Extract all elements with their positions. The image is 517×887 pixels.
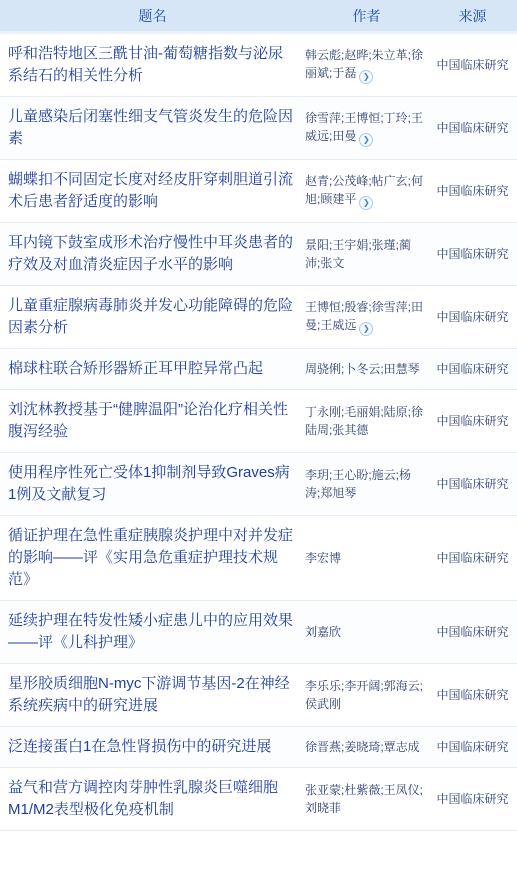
title-cell: 刘沈林教授基于“健脾温阳”论治化疗相关性腹泻经验 bbox=[0, 399, 305, 443]
chevron-right-icon[interactable]: ❯ bbox=[359, 322, 373, 336]
table-row: 蝴蝶扣不同固定长度对经皮肝穿刺胆道引流术后患者舒适度的影响 赵青;公茂峰;帖广玄… bbox=[0, 160, 517, 223]
table-row: 益气和营方调控肉芽肿性乳腺炎巨噬细胞M1/M2表型极化免疫机制 张亚蒙;杜紫薇;… bbox=[0, 768, 517, 831]
article-source-link[interactable]: 中国临床研究 bbox=[428, 412, 517, 430]
authors-cell: 景阳;王宇娟;张瑾;蔺沛;张文❯ bbox=[305, 236, 428, 272]
article-title-link[interactable]: 泛连接蛋白1在急性肾损伤中的研究进展 bbox=[8, 736, 295, 758]
article-source-link[interactable]: 中国临床研究 bbox=[428, 360, 517, 378]
article-title-link[interactable]: 星形胶质细胞N-myc下游调节基因-2在神经系统疾病中的研究进展 bbox=[8, 673, 295, 717]
table-row: 棉球柱联合矫形器矫正耳甲腔异常凸起 周骁俐;卜冬云;田慧琴❯ 中国临床研究 bbox=[0, 349, 517, 390]
authors-cell: 王博恒;殷睿;徐雪萍;田曼;王威远❯ bbox=[305, 298, 428, 336]
authors-cell: 韩云彪;赵晔;朱立革;徐丽斌;于磊❯ bbox=[305, 46, 428, 84]
article-source-link[interactable]: 中国临床研究 bbox=[428, 308, 517, 326]
article-source-link[interactable]: 中国临床研究 bbox=[428, 119, 517, 137]
article-table: 题名 作者 来源 呼和浩特地区三酰甘油-葡萄糖指数与泌尿系结石的相关性分析 韩云… bbox=[0, 0, 517, 831]
column-header-source[interactable]: 来源 bbox=[428, 6, 517, 26]
table-row: 延续护理在特发性矮小症患儿中的应用效果——评《儿科护理》 刘嘉欣❯ 中国临床研究 bbox=[0, 601, 517, 664]
title-cell: 循证护理在急性重症胰腺炎护理中对并发症的影响——评《实用急危重症护理技术规范》 bbox=[0, 525, 305, 591]
title-cell: 儿童感染后闭塞性细支气管炎发生的危险因素 bbox=[0, 106, 305, 150]
author-links[interactable]: 张亚蒙;杜紫薇;王凤仪;刘晓菲 bbox=[305, 783, 423, 815]
article-title-link[interactable]: 儿童感染后闭塞性细支气管炎发生的危险因素 bbox=[8, 106, 295, 150]
title-cell: 呼和浩特地区三酰甘油-葡萄糖指数与泌尿系结石的相关性分析 bbox=[0, 43, 305, 87]
authors-cell: 丁永刚;毛丽娟;陆原;徐陆周;张其德❯ bbox=[305, 403, 428, 439]
title-cell: 泛连接蛋白1在急性肾损伤中的研究进展 bbox=[0, 736, 305, 758]
title-cell: 使用程序性死亡受体1抑制剂导致Graves病1例及文献复习 bbox=[0, 462, 305, 506]
author-links[interactable]: 刘嘉欣 bbox=[305, 625, 341, 639]
authors-cell: 赵青;公茂峰;帖广玄;何旭;顾建平❯ bbox=[305, 172, 428, 210]
title-cell: 儿童重症腺病毒肺炎并发心功能障碍的危险因素分析 bbox=[0, 295, 305, 339]
authors-cell: 李宏博❯ bbox=[305, 549, 428, 567]
title-cell: 耳内镜下鼓室成形术治疗慢性中耳炎患者的疗效及对血清炎症因子水平的影响 bbox=[0, 232, 305, 276]
table-row: 循证护理在急性重症胰腺炎护理中对并发症的影响——评《实用急危重症护理技术规范》 … bbox=[0, 516, 517, 601]
author-links[interactable]: 丁永刚;毛丽娟;陆原;徐陆周;张其德 bbox=[305, 405, 423, 437]
title-cell: 星形胶质细胞N-myc下游调节基因-2在神经系统疾病中的研究进展 bbox=[0, 673, 305, 717]
table-row: 儿童感染后闭塞性细支气管炎发生的危险因素 徐雪萍;王博恒;丁玲;王威远;田曼❯ … bbox=[0, 97, 517, 160]
title-cell: 蝴蝶扣不同固定长度对经皮肝穿刺胆道引流术后患者舒适度的影响 bbox=[0, 169, 305, 213]
table-row: 使用程序性死亡受体1抑制剂导致Graves病1例及文献复习 李玥;王心盼;施云;… bbox=[0, 453, 517, 516]
title-cell: 棉球柱联合矫形器矫正耳甲腔异常凸起 bbox=[0, 358, 305, 380]
article-source-link[interactable]: 中国临床研究 bbox=[428, 245, 517, 263]
article-source-link[interactable]: 中国临床研究 bbox=[428, 686, 517, 704]
title-cell: 益气和营方调控肉芽肿性乳腺炎巨噬细胞M1/M2表型极化免疫机制 bbox=[0, 777, 305, 821]
author-links[interactable]: 徐晋燕;姜晓琦;覃志成 bbox=[305, 740, 420, 754]
table-row: 刘沈林教授基于“健脾温阳”论治化疗相关性腹泻经验 丁永刚;毛丽娟;陆原;徐陆周;… bbox=[0, 390, 517, 453]
article-source-link[interactable]: 中国临床研究 bbox=[428, 182, 517, 200]
article-title-link[interactable]: 刘沈林教授基于“健脾温阳”论治化疗相关性腹泻经验 bbox=[8, 399, 295, 443]
article-list-page: 题名 作者 来源 呼和浩特地区三酰甘油-葡萄糖指数与泌尿系结石的相关性分析 韩云… bbox=[0, 0, 517, 887]
column-header-authors[interactable]: 作者 bbox=[305, 6, 428, 26]
authors-cell: 徐雪萍;王博恒;丁玲;王威远;田曼❯ bbox=[305, 109, 428, 147]
chevron-right-icon[interactable]: ❯ bbox=[359, 133, 373, 147]
author-links[interactable]: 景阳;王宇娟;张瑾;蔺沛;张文 bbox=[305, 238, 411, 270]
article-title-link[interactable]: 棉球柱联合矫形器矫正耳甲腔异常凸起 bbox=[8, 358, 295, 380]
article-source-link[interactable]: 中国临床研究 bbox=[428, 790, 517, 808]
table-row: 耳内镜下鼓室成形术治疗慢性中耳炎患者的疗效及对血清炎症因子水平的影响 景阳;王宇… bbox=[0, 223, 517, 286]
column-header-title[interactable]: 题名 bbox=[0, 6, 305, 26]
table-row: 星形胶质细胞N-myc下游调节基因-2在神经系统疾病中的研究进展 李乐乐;李开阔… bbox=[0, 664, 517, 727]
chevron-right-icon[interactable]: ❯ bbox=[359, 196, 373, 210]
article-source-link[interactable]: 中国临床研究 bbox=[428, 738, 517, 756]
authors-cell: 徐晋燕;姜晓琦;覃志成❯ bbox=[305, 738, 428, 756]
author-links[interactable]: 周骁俐;卜冬云;田慧琴 bbox=[305, 362, 420, 376]
article-source-link[interactable]: 中国临床研究 bbox=[428, 549, 517, 567]
table-row: 呼和浩特地区三酰甘油-葡萄糖指数与泌尿系结石的相关性分析 韩云彪;赵晔;朱立革;… bbox=[0, 34, 517, 97]
article-source-link[interactable]: 中国临床研究 bbox=[428, 475, 517, 493]
author-links[interactable]: 李玥;王心盼;施云;杨涛;郑旭琴 bbox=[305, 468, 411, 500]
table-row: 泛连接蛋白1在急性肾损伤中的研究进展 徐晋燕;姜晓琦;覃志成❯ 中国临床研究 bbox=[0, 727, 517, 768]
article-source-link[interactable]: 中国临床研究 bbox=[428, 56, 517, 74]
title-cell: 延续护理在特发性矮小症患儿中的应用效果——评《儿科护理》 bbox=[0, 610, 305, 654]
article-title-link[interactable]: 儿童重症腺病毒肺炎并发心功能障碍的危险因素分析 bbox=[8, 295, 295, 339]
article-title-link[interactable]: 呼和浩特地区三酰甘油-葡萄糖指数与泌尿系结石的相关性分析 bbox=[8, 43, 295, 87]
author-links[interactable]: 李乐乐;李开阔;郭海云;侯武刚 bbox=[305, 679, 423, 711]
article-title-link[interactable]: 使用程序性死亡受体1抑制剂导致Graves病1例及文献复习 bbox=[8, 462, 295, 506]
authors-cell: 周骁俐;卜冬云;田慧琴❯ bbox=[305, 360, 428, 378]
table-header: 题名 作者 来源 bbox=[0, 0, 517, 34]
article-title-link[interactable]: 益气和营方调控肉芽肿性乳腺炎巨噬细胞M1/M2表型极化免疫机制 bbox=[8, 777, 295, 821]
authors-cell: 张亚蒙;杜紫薇;王凤仪;刘晓菲❯ bbox=[305, 781, 428, 817]
article-source-link[interactable]: 中国临床研究 bbox=[428, 623, 517, 641]
table-row: 儿童重症腺病毒肺炎并发心功能障碍的危险因素分析 王博恒;殷睿;徐雪萍;田曼;王威… bbox=[0, 286, 517, 349]
authors-cell: 李乐乐;李开阔;郭海云;侯武刚❯ bbox=[305, 677, 428, 713]
authors-cell: 李玥;王心盼;施云;杨涛;郑旭琴❯ bbox=[305, 466, 428, 502]
article-title-link[interactable]: 蝴蝶扣不同固定长度对经皮肝穿刺胆道引流术后患者舒适度的影响 bbox=[8, 169, 295, 213]
article-title-link[interactable]: 耳内镜下鼓室成形术治疗慢性中耳炎患者的疗效及对血清炎症因子水平的影响 bbox=[8, 232, 295, 276]
article-title-link[interactable]: 延续护理在特发性矮小症患儿中的应用效果——评《儿科护理》 bbox=[8, 610, 295, 654]
table-body: 呼和浩特地区三酰甘油-葡萄糖指数与泌尿系结石的相关性分析 韩云彪;赵晔;朱立革;… bbox=[0, 34, 517, 831]
authors-cell: 刘嘉欣❯ bbox=[305, 623, 428, 641]
article-title-link[interactable]: 循证护理在急性重症胰腺炎护理中对并发症的影响——评《实用急危重症护理技术规范》 bbox=[8, 525, 295, 591]
author-links[interactable]: 李宏博 bbox=[305, 551, 341, 565]
chevron-right-icon[interactable]: ❯ bbox=[359, 70, 373, 84]
